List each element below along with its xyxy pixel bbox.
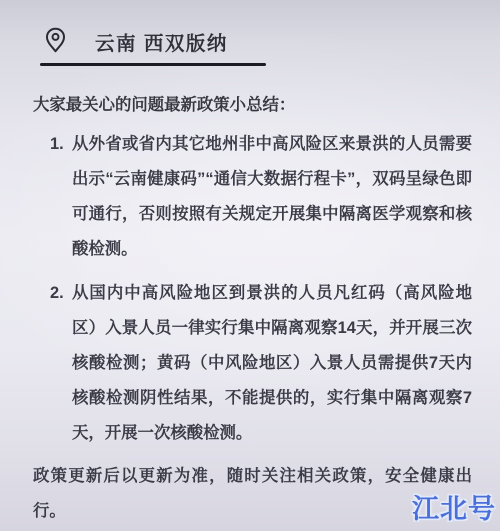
- location-header: 云南 西双版纳: [44, 26, 228, 57]
- policy-item-2-text: 从国内中高风险地区到景洪的人员凡红码（高风险地区）入景人员一律实行集中隔离观察1…: [72, 284, 472, 442]
- notice-body: 大家最关心的问题最新政策小总结： 1. 从外省或省内其它地州非中高风险区来景洪的…: [33, 88, 472, 529]
- location-title: 云南 西双版纳: [95, 28, 228, 56]
- location-pin-icon: [44, 26, 67, 57]
- header-underline-divider: [40, 63, 266, 66]
- policy-notice-page: { "header": { "location": "云南 西双版纳" }, "…: [0, 0, 500, 531]
- policy-item-2-number: 2.: [50, 276, 64, 311]
- watermark-jiangbeihao: 江北号: [412, 487, 496, 526]
- closing-note: 政策更新后以更新为准，随时关注相关政策，安全健康出行。: [33, 459, 472, 529]
- policy-item-1: 1. 从外省或省内其它地州非中高风险区来景洪的人员需要出示“云南健康码”“通信大…: [33, 127, 472, 267]
- intro-line: 大家最关心的问题最新政策小总结：: [33, 88, 472, 123]
- policy-list: 1. 从外省或省内其它地州非中高风险区来景洪的人员需要出示“云南健康码”“通信大…: [33, 127, 472, 451]
- policy-item-1-number: 1.: [50, 127, 64, 162]
- policy-item-2: 2. 从国内中高风险地区到景洪的人员凡红码（高风险地区）入景人员一律实行集中隔离…: [33, 276, 472, 451]
- policy-item-1-text: 从外省或省内其它地州非中高风险区来景洪的人员需要出示“云南健康码”“通信大数据行…: [72, 135, 472, 258]
